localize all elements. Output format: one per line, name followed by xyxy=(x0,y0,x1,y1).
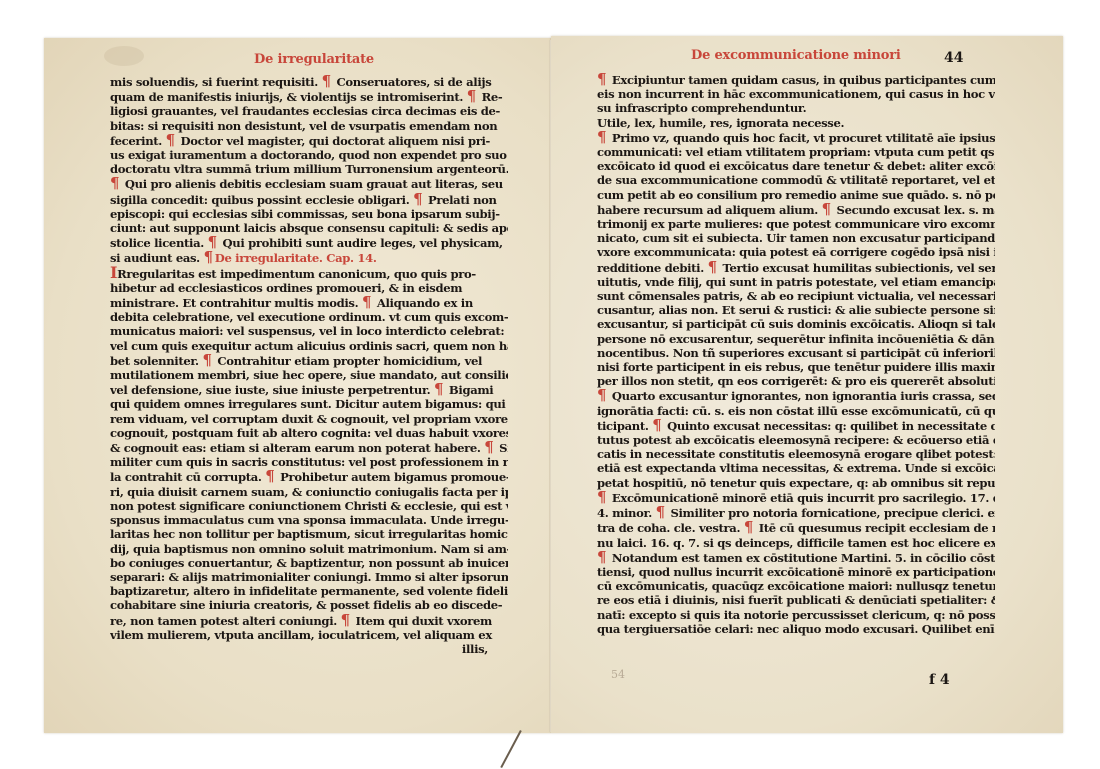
text-line: dij, quia baptismus non omnino soluit ma… xyxy=(110,542,508,556)
text-line: vel defensione, siue iuste, siue iniuste… xyxy=(110,382,508,397)
text-line: per illos non stetit, qn eos corrigerēt:… xyxy=(597,374,995,388)
pilcrow-icon: ¶ xyxy=(597,130,606,145)
text-line: sunt cōmensales patris, & ab eo recipiun… xyxy=(597,289,995,303)
text-line: persone nō excusarentur, sequerētur infi… xyxy=(597,332,995,346)
pilcrow-icon: ¶ xyxy=(202,353,211,368)
text-line: illis, xyxy=(110,642,508,656)
text-line: su infrascripto comprehenduntur. xyxy=(597,101,995,115)
text-line: vel cum quis exequitur actum alicuius or… xyxy=(110,339,508,353)
text-line: ¶ Primo vz, quando quis hoc facit, vt pr… xyxy=(597,130,995,145)
left-running-head: De irregularitate xyxy=(254,52,374,67)
text-line: natī: excepto si quis ita notorie percus… xyxy=(597,608,995,622)
text-line: laritas hec non tollitur per baptismum, … xyxy=(110,527,508,541)
text-line: sigilla concedit: quibus possint ecclesi… xyxy=(110,192,508,207)
pilcrow-icon: ¶ xyxy=(822,202,831,217)
pilcrow-icon: ¶ xyxy=(484,440,493,455)
text-line: & cognouit eas: etiam si alteram earum n… xyxy=(110,440,508,455)
text-line: hibetur ad ecclesiasticos ordines promou… xyxy=(110,281,508,295)
pilcrow-icon: ¶ xyxy=(322,74,331,89)
text-line: cusantur, alias non. Et serui & rustici:… xyxy=(597,303,995,317)
text-line: vilem mulierem, vtputa ancillam, ioculat… xyxy=(110,628,508,642)
pilcrow-icon: ¶ xyxy=(708,260,717,275)
text-line: stolice licentia. ¶ Qui prohibiti sunt a… xyxy=(110,235,508,250)
text-line: qua tergiuersatiōe celari: nec aliquo mo… xyxy=(597,622,995,636)
text-line: municatus maiori: vel suspensus, vel in … xyxy=(110,324,508,338)
signature-mark: f 4 xyxy=(929,672,950,688)
text-line: trimonij ex parte mulieres: que potest c… xyxy=(597,217,995,231)
rubric-heading: De irregularitate. Cap. 14. xyxy=(215,251,377,265)
text-line: catis in necessitate constitutis eleemos… xyxy=(597,447,995,461)
text-line: tiensi, quod nullus incurrit excōication… xyxy=(597,565,995,579)
text-line: cū excōmunicatis, quacūqz excōicatione m… xyxy=(597,579,995,593)
pilcrow-icon: ¶ xyxy=(413,192,422,207)
text-line: communicati: vel etiam vtilitatem propri… xyxy=(597,145,995,159)
text-line: excusantur, si participāt cū suis domini… xyxy=(597,317,995,331)
text-line: IRregularitas est impedimentum canonicum… xyxy=(110,266,508,281)
text-line: ticipant. ¶ Quinto excusat necessitas: q… xyxy=(597,418,995,433)
text-line: vxore excommunicata: quia potest eā corr… xyxy=(597,245,995,259)
text-line: ligiosi grauantes, vel fraudantes eccles… xyxy=(110,104,508,118)
pilcrow-icon: ¶ xyxy=(652,418,661,433)
text-line: doctoratu vltra summā trium millium Turr… xyxy=(110,162,508,176)
text-line: nu laici. 16. q. 7. si qs deinceps, diff… xyxy=(597,536,995,550)
pilcrow-icon: ¶ xyxy=(341,613,350,628)
text-line: ¶ Quarto excusantur ignorantes, non igno… xyxy=(597,388,995,403)
text-line: bitas: si requisiti non desistunt, vel d… xyxy=(110,119,508,133)
text-line: eis non incurrent in hāc excommunication… xyxy=(597,87,995,101)
text-line: mutilationem membri, siue hec opere, siu… xyxy=(110,368,508,382)
text-line: ignorātia facti: cū. s. eis non cōstat i… xyxy=(597,404,995,418)
text-line: militer cum quis in sacris constitutus: … xyxy=(110,455,508,469)
pilcrow-icon: ¶ xyxy=(110,176,119,191)
right-running-head: De excommunicatione minori xyxy=(691,48,901,63)
text-line: nisi forte participent in eis rebus, que… xyxy=(597,360,995,374)
text-line: nicato, cum sit ei subiecta. Uir tamen n… xyxy=(597,231,995,245)
left-page: De irregularitate mis soluendis, si fuer… xyxy=(44,38,551,733)
pilcrow-icon: ¶ xyxy=(434,382,443,397)
text-line: qui quidem omnes irregulares sunt. Dicit… xyxy=(110,397,508,411)
text-line: de sua excommunicatione commodū & vtilit… xyxy=(597,173,995,187)
text-line: re, non tamen potest alteri coniungi. ¶ … xyxy=(110,613,508,628)
text-line: ¶ Excōmunicationē minorē etiā quis incur… xyxy=(597,490,995,505)
text-line: ¶ Excipiuntur tamen quidam casus, in qui… xyxy=(597,72,995,87)
pilcrow-icon: ¶ xyxy=(597,490,606,505)
text-line: us exigat iuramentum a doctorando, quod … xyxy=(110,148,508,162)
text-line: cohabitare sine iniuria creatoris, & pos… xyxy=(110,598,508,612)
text-line: ¶ Notandum est tamen ex cōstitutione Mar… xyxy=(597,550,995,565)
folio-number: 44 xyxy=(944,50,963,66)
text-line: fecerint. ¶ Doctor vel magister, qui doc… xyxy=(110,133,508,148)
pilcrow-icon: ¶ xyxy=(166,133,175,148)
text-line: tra de coha. cle. vestra. ¶ Itē cū quesu… xyxy=(597,520,995,535)
right-page-body: ¶ Excipiuntur tamen quidam casus, in qui… xyxy=(597,72,995,636)
pilcrow-icon: ¶ xyxy=(597,550,606,565)
text-line: ri, quia diuisit carnem suam, & coniunct… xyxy=(110,485,508,499)
text-line: habere recursum ad aliquem alium. ¶ Secu… xyxy=(597,202,995,217)
text-line: la contrahit cū corrupta. ¶ Prohibetur a… xyxy=(110,469,508,484)
text-line: bet solenniter. ¶ Contrahitur etiam prop… xyxy=(110,353,508,368)
pilcrow-icon: ¶ xyxy=(265,469,274,484)
text-line: episcopi: qui ecclesias sibi commissas, … xyxy=(110,207,508,221)
pilcrow-icon: ¶ xyxy=(467,89,476,104)
text-line: uitutis, vnde filij, qui sunt in patris … xyxy=(597,275,995,289)
text-line: rem viduam, vel corruptam duxit & cognou… xyxy=(110,412,508,426)
pilcrow-icon: ¶ xyxy=(208,235,217,250)
manuscript-note: 54 xyxy=(611,668,625,681)
text-line: separari: & alijs matrimonialiter coniun… xyxy=(110,570,508,584)
text-line: quam de manifestis iniurijs, & violentij… xyxy=(110,89,508,104)
text-line: petat hospitiū, nō tenetur quis expectar… xyxy=(597,476,995,490)
text-line: nocentibus. Non tñ superiores excusant s… xyxy=(597,346,995,360)
text-line: si audiunt eas. ¶De irregularitate. Cap.… xyxy=(110,250,508,265)
text-line: debita celebratione, vel executione ordi… xyxy=(110,310,508,324)
text-line: ciunt: aut supponunt laicis absque conse… xyxy=(110,221,508,235)
pilcrow-icon: ¶ xyxy=(744,520,753,535)
left-page-body: mis soluendis, si fuerint requisiti. ¶ C… xyxy=(110,74,508,656)
text-line: sponsus immaculatus cum vna sponsa immac… xyxy=(110,513,508,527)
text-line: ministrare. Et contrahitur multis modis.… xyxy=(110,295,508,310)
text-line: cum petit ab eo consilium pro remedio an… xyxy=(597,188,995,202)
text-line: tutus potest ab excōicatis eleemosynā re… xyxy=(597,433,995,447)
pilcrow-icon: ¶ xyxy=(597,388,606,403)
text-line: re eos etiā i diuinis, nisi fuerīt publi… xyxy=(597,593,995,607)
binding-thread xyxy=(500,730,521,768)
pilcrow-icon: ¶ xyxy=(597,72,606,87)
text-line: Utile, lex, humile, res, ignorata necess… xyxy=(597,116,995,130)
text-line: ¶ Qui pro alienis debitis ecclesiam suam… xyxy=(110,176,508,191)
text-line: bo coniuges conuertantur, & baptizentur,… xyxy=(110,556,508,570)
text-line: redditione debiti. ¶ Tertio excusat humi… xyxy=(597,260,995,275)
text-line: 4. minor. ¶ Similiter pro notoria fornic… xyxy=(597,505,995,520)
text-line: non potest significare coniunctionem Chr… xyxy=(110,499,508,513)
text-line: excōicato id quod ei excōicatus dare ten… xyxy=(597,159,995,173)
pilcrow-icon: ¶ xyxy=(656,505,665,520)
text-line: cognouit, postquam fuit ab altero cognit… xyxy=(110,426,508,440)
text-line: mis soluendis, si fuerint requisiti. ¶ C… xyxy=(110,74,508,89)
right-page: De excommunicatione minori 44 ¶ Excipiun… xyxy=(551,36,1063,733)
text-line: etiā est expectanda vltima necessitas, &… xyxy=(597,461,995,475)
pilcrow-icon: ¶ xyxy=(362,295,371,310)
text-line: baptizaretur, altero in infidelitate per… xyxy=(110,584,508,598)
